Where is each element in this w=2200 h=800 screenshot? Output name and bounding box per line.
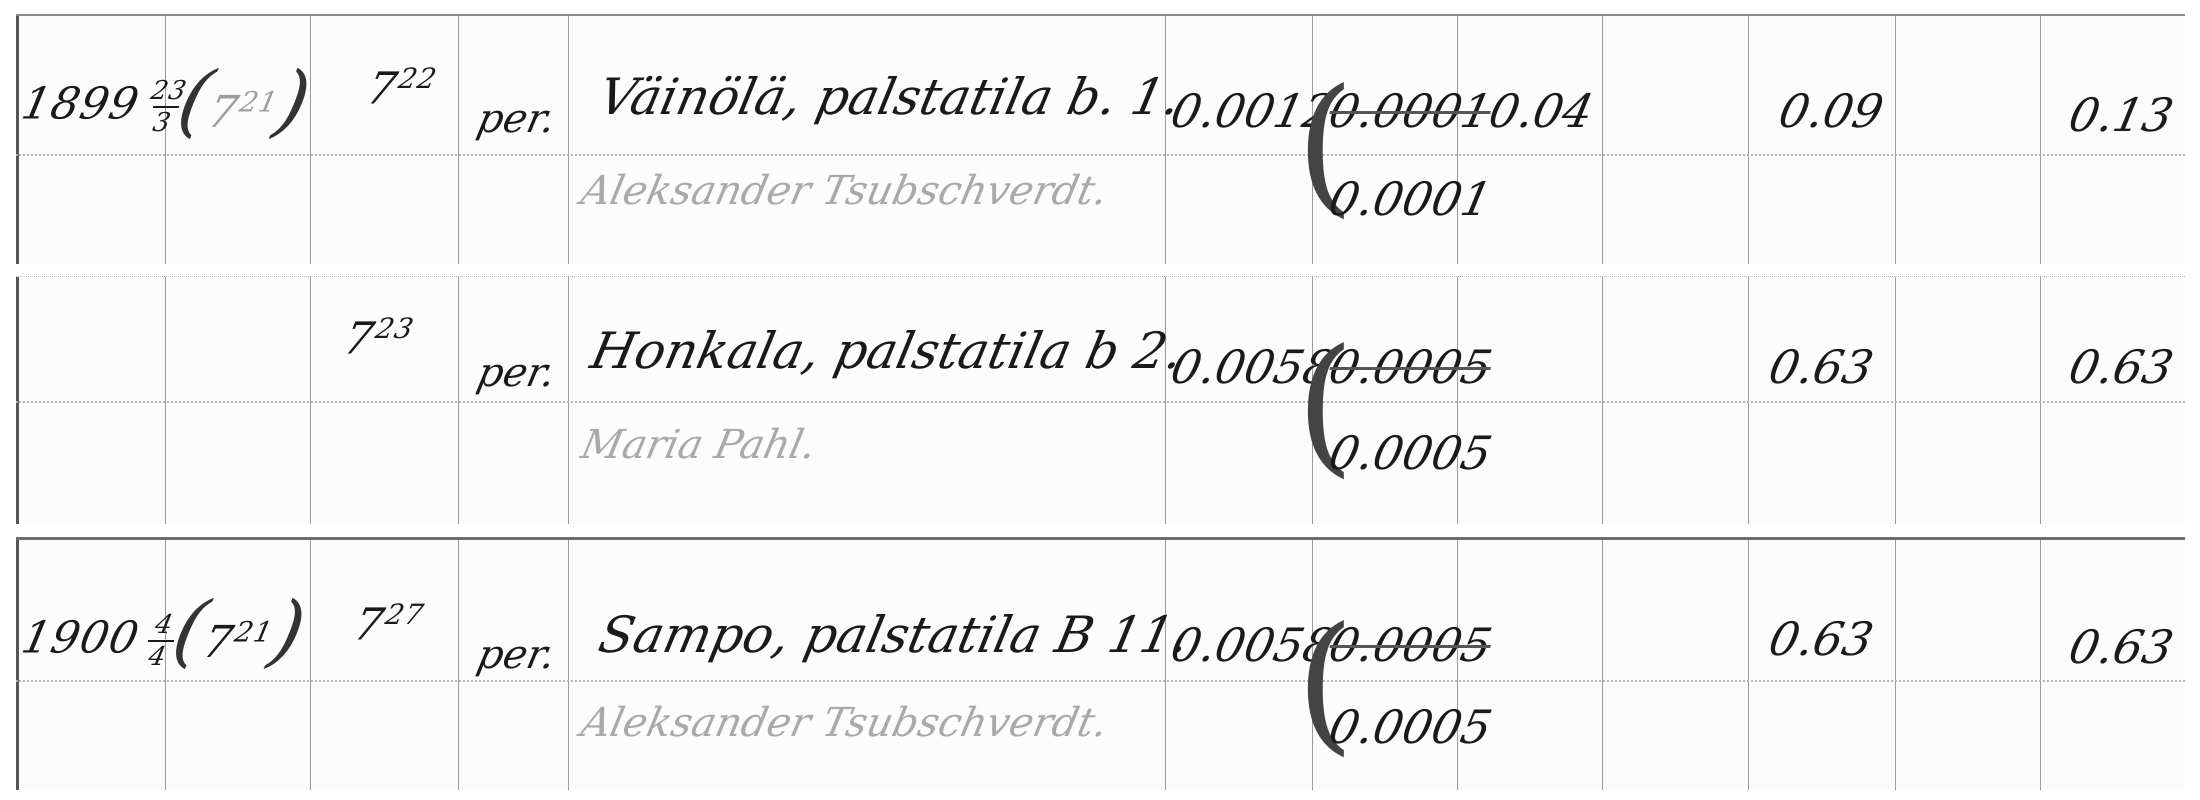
column-divider	[310, 16, 311, 264]
column-divider	[2040, 16, 2041, 264]
amount-corrected: 0.0005	[1324, 700, 1496, 754]
column-divider	[1457, 16, 1458, 264]
column-divider	[1602, 540, 1603, 790]
per-label: per.	[473, 96, 559, 142]
property-code: b. 1.	[1062, 68, 1186, 126]
dotted-baseline	[16, 680, 2185, 682]
column-divider	[1602, 16, 1603, 264]
amount-struck: 0.0005	[1324, 618, 1496, 672]
column-divider	[458, 540, 459, 790]
column-divider	[1895, 16, 1896, 264]
current-reference: 727	[349, 598, 427, 651]
column-divider	[568, 540, 569, 790]
current-reference: 722	[362, 62, 440, 115]
property-name: Honkala, palstatila	[586, 322, 1077, 380]
amount-corrected: 0.0001	[1324, 172, 1496, 226]
entry-date: 190044	[16, 612, 180, 670]
per-label: per.	[473, 632, 559, 678]
ref-sup: 27	[383, 598, 428, 631]
column-divider	[1165, 16, 1166, 264]
ref-sup: 22	[396, 62, 441, 95]
column-divider	[1748, 540, 1749, 790]
property-description: Väinölä, palstatila b. 1.	[594, 68, 1186, 126]
amount-corrected: 0.0005	[1324, 426, 1496, 480]
per-label: per.	[473, 350, 559, 396]
date-year: 1899	[17, 79, 144, 130]
ledger-row-2	[16, 276, 2185, 524]
total-value: 0.63	[2064, 620, 2178, 674]
column-divider	[1895, 540, 1896, 790]
current-reference: 723	[339, 312, 417, 365]
total-value: 0.13	[2064, 88, 2178, 142]
entry-date: 1899233	[16, 78, 189, 136]
property-name: Sampo, palstatila	[594, 606, 1047, 664]
column-divider	[1165, 540, 1166, 790]
ref-sup: 23	[373, 312, 418, 345]
ledger-row-1	[16, 14, 2185, 264]
owner-name: Maria Pahl.	[577, 422, 820, 468]
column-divider	[310, 540, 311, 790]
previous-reference: (721)	[172, 62, 318, 140]
column-divider	[2040, 540, 2041, 790]
column-divider	[458, 16, 459, 264]
column-c-value: 0.63	[1764, 340, 1878, 394]
previous-reference: (721)	[167, 592, 313, 670]
owner-name: Aleksander Tsubschverdt.	[577, 700, 1112, 746]
property-description: Sampo, palstatila B 11.	[594, 606, 1195, 664]
column-divider	[165, 16, 166, 264]
amount-struck: 0.0005	[1324, 340, 1496, 394]
date-month: 4	[146, 644, 169, 670]
date-day: 4	[153, 612, 176, 638]
total-value: 0.63	[2064, 340, 2178, 394]
property-name: Väinölä, palstatila	[594, 68, 1059, 126]
dotted-baseline	[16, 154, 2185, 156]
property-description: Honkala, palstatila b 2.	[586, 322, 1189, 380]
row-left-border	[16, 16, 19, 264]
column-c-value: 0.09	[1774, 84, 1888, 138]
dotted-baseline	[16, 401, 2185, 403]
column-c-value: 0.63	[1764, 612, 1878, 666]
date-month: 3	[151, 110, 174, 136]
column-divider	[568, 16, 569, 264]
amount-struck: 0.0001	[1324, 84, 1496, 138]
column-a-value: 0.04	[1484, 84, 1598, 138]
owner-name: Aleksander Tsubschverdt.	[577, 168, 1112, 214]
column-divider	[1748, 16, 1749, 264]
date-year: 1900	[17, 613, 144, 664]
